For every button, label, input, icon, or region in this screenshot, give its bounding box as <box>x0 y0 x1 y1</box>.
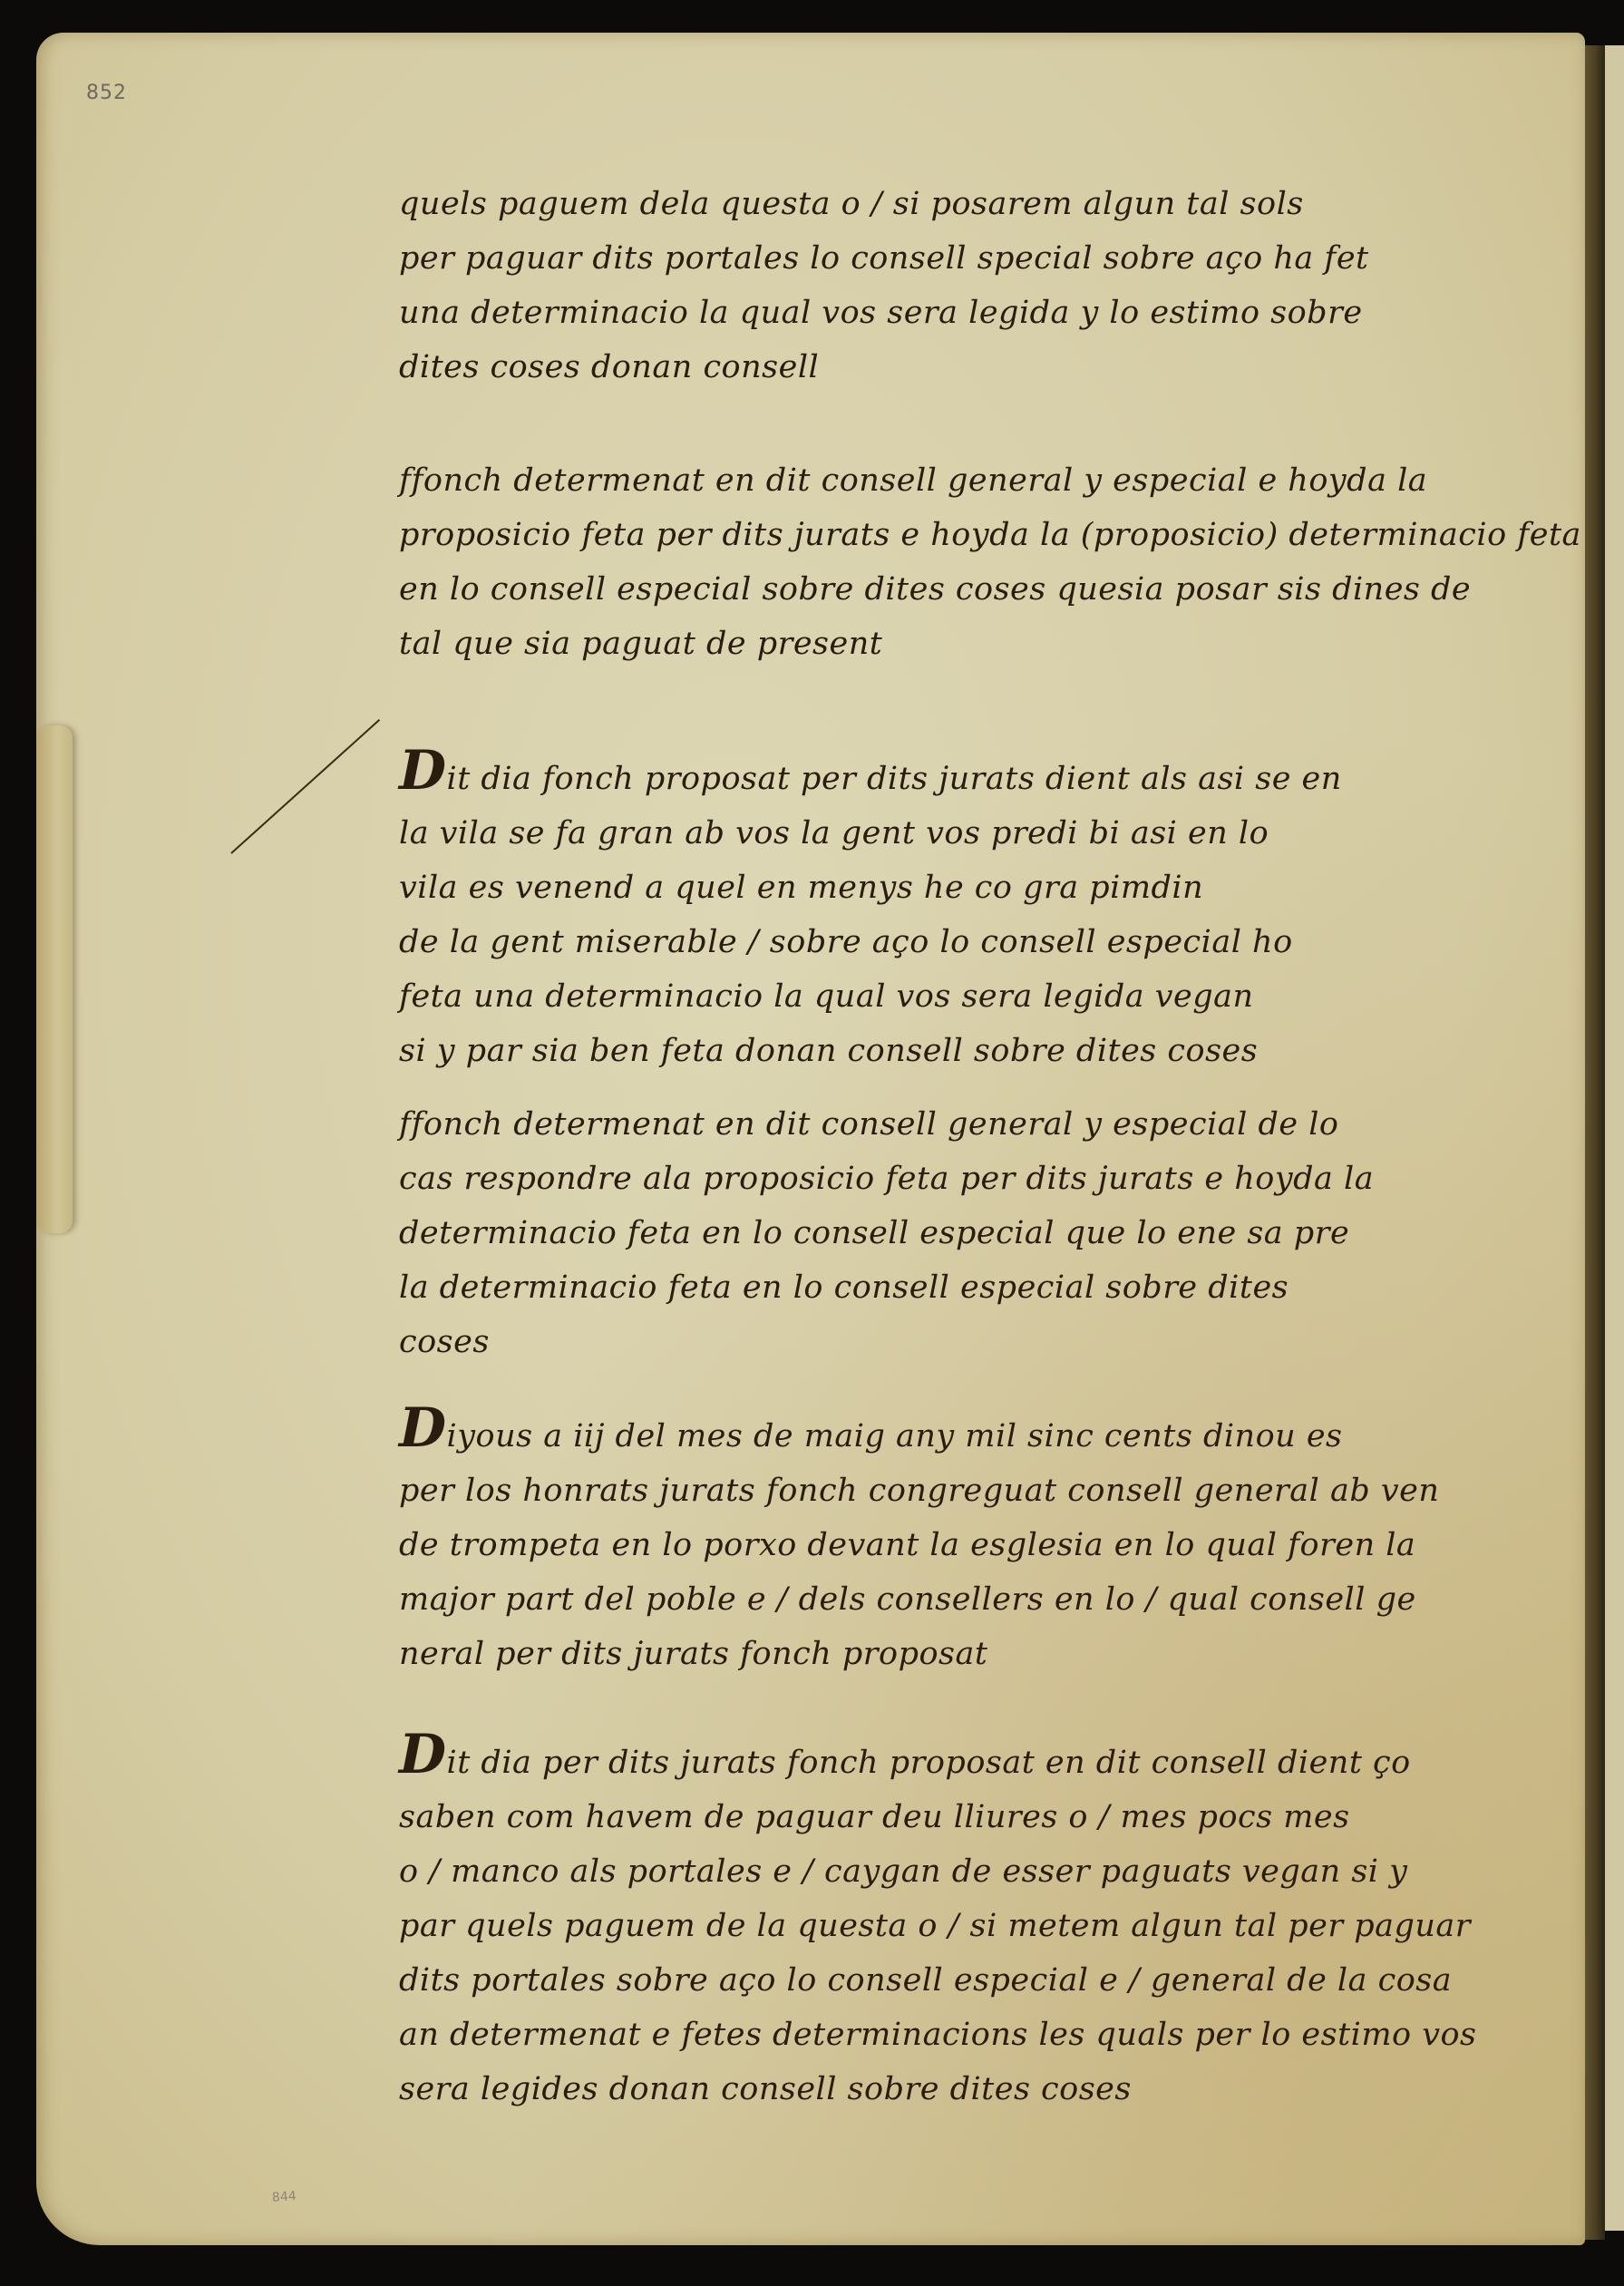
text-line: determinacio feta en lo consell especial… <box>399 1206 1460 1260</box>
text-line: Diyous a iij del mes de maig any mil sin… <box>399 1401 1460 1464</box>
paragraph-1: quels paguem dela questa o / si posarem … <box>399 177 1460 394</box>
torn-left-edge <box>36 725 73 1233</box>
text-line: per paguar dits portales lo consell spec… <box>399 231 1460 286</box>
text-line: major part del poble e / dels consellers… <box>399 1572 1460 1627</box>
folio-number-bottom-pencil: 844 <box>271 2189 297 2205</box>
text-line: an determenat e fetes determinacions les… <box>399 2008 1460 2062</box>
text-line: per los honrats jurats fonch congreguat … <box>399 1464 1460 1518</box>
text-line: la determinacio feta en lo consell espec… <box>399 1260 1460 1315</box>
text-line: ffonch determenat en dit consell general… <box>399 453 1460 508</box>
text-line: una determinacio la qual vos sera legida… <box>399 286 1460 340</box>
text-line: Dit dia fonch proposat per dits jurats d… <box>399 744 1460 806</box>
text-line: quels paguem dela questa o / si posarem … <box>399 177 1460 231</box>
text-line: de trompeta en lo porxo devant la esgles… <box>399 1518 1460 1572</box>
text-line: de la gent miserable / sobre aço lo cons… <box>399 915 1460 969</box>
paragraph-4: ffonch determenat en dit consell general… <box>399 1097 1460 1369</box>
folio-number-pencil: 852 <box>86 82 127 104</box>
text-line: cas respondre ala proposicio feta per di… <box>399 1152 1460 1206</box>
text-line: la vila se fa gran ab vos la gent vos pr… <box>399 806 1460 861</box>
text-line: dits portales sobre aço lo consell espec… <box>399 1953 1460 2008</box>
text-line: neral per dits jurats fonch proposat <box>399 1627 1460 1681</box>
text-line: sera legides donan consell sobre dites c… <box>399 2062 1460 2116</box>
paragraph-3: Dit dia fonch proposat per dits jurats d… <box>399 744 1460 1078</box>
paragraph-5: Diyous a iij del mes de maig any mil sin… <box>399 1401 1460 1681</box>
text-line: proposicio feta per dits jurats e hoyda … <box>399 508 1460 562</box>
paragraph-6: Dit dia per dits jurats fonch proposat e… <box>399 1727 1460 2116</box>
paragraph-2: ffonch determenat en dit consell general… <box>399 453 1460 671</box>
text-line: vila es venend a quel en menys he co gra… <box>399 861 1460 915</box>
text-line: ffonch determenat en dit consell general… <box>399 1097 1460 1152</box>
adjacent-page-edge <box>1605 45 1624 2231</box>
text-line: tal que sia paguat de present <box>399 617 1460 671</box>
text-line: par quels paguem de la questa o / si met… <box>399 1899 1460 1953</box>
text-line: coses <box>399 1315 1460 1369</box>
text-line: o / manco als portales e / caygan de ess… <box>399 1844 1460 1899</box>
text-line: en lo consell especial sobre dites coses… <box>399 562 1460 617</box>
text-line: saben com havem de paguar deu lliures o … <box>399 1790 1460 1844</box>
text-line: si y par sia ben feta donan consell sobr… <box>399 1024 1460 1078</box>
text-line: dites coses donan consell <box>399 340 1460 394</box>
text-line: feta una determinacio la qual vos sera l… <box>399 969 1460 1024</box>
text-line: Dit dia per dits jurats fonch proposat e… <box>399 1727 1460 1790</box>
